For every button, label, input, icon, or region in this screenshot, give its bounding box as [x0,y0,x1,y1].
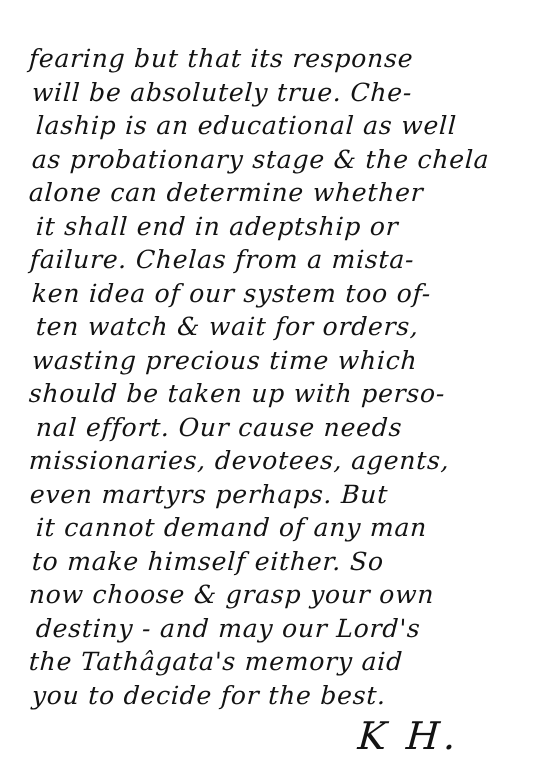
signature: K H. [26,714,519,758]
handwriting-line: wasting precious time which [31,344,520,378]
handwriting-line: you to decide for the best. [31,679,520,713]
handwriting-line: the Tathâgata's memory aid [28,645,520,679]
handwriting-line: nal effort. Our cause needs [35,411,520,445]
handwriting-line: even martyrs perhaps. But [29,478,520,512]
handwriting-line: it shall end in adeptship or [35,210,520,244]
handwriting-line: destiny - and may our Lord's [35,612,520,646]
letter-body: fearing but that its response will be ab… [28,42,518,712]
handwriting-line: ten watch & wait for orders, [35,310,520,344]
handwriting-line: should be taken up with perso- [28,377,520,411]
handwriting-line: failure. Chelas from a mista- [29,243,520,277]
handwriting-line: fearing but that its response [28,42,520,76]
letter-page: fearing but that its response will be ab… [0,0,534,780]
handwriting-line: to make himself either. So [31,545,520,579]
handwriting-line: ken idea of our system too of- [31,277,520,311]
handwriting-line: will be absolutely true. Che- [31,76,520,110]
handwriting-line: it cannot demand of any man [35,511,520,545]
handwriting-line: laship is an educational as well [35,109,520,143]
handwriting-line: as probationary stage & the chela [31,143,520,177]
handwriting-line: missionaries, devotees, agents, [28,444,520,478]
handwriting-line: now choose & grasp your own [28,578,520,612]
handwriting-line: alone can determine whether [28,176,520,210]
